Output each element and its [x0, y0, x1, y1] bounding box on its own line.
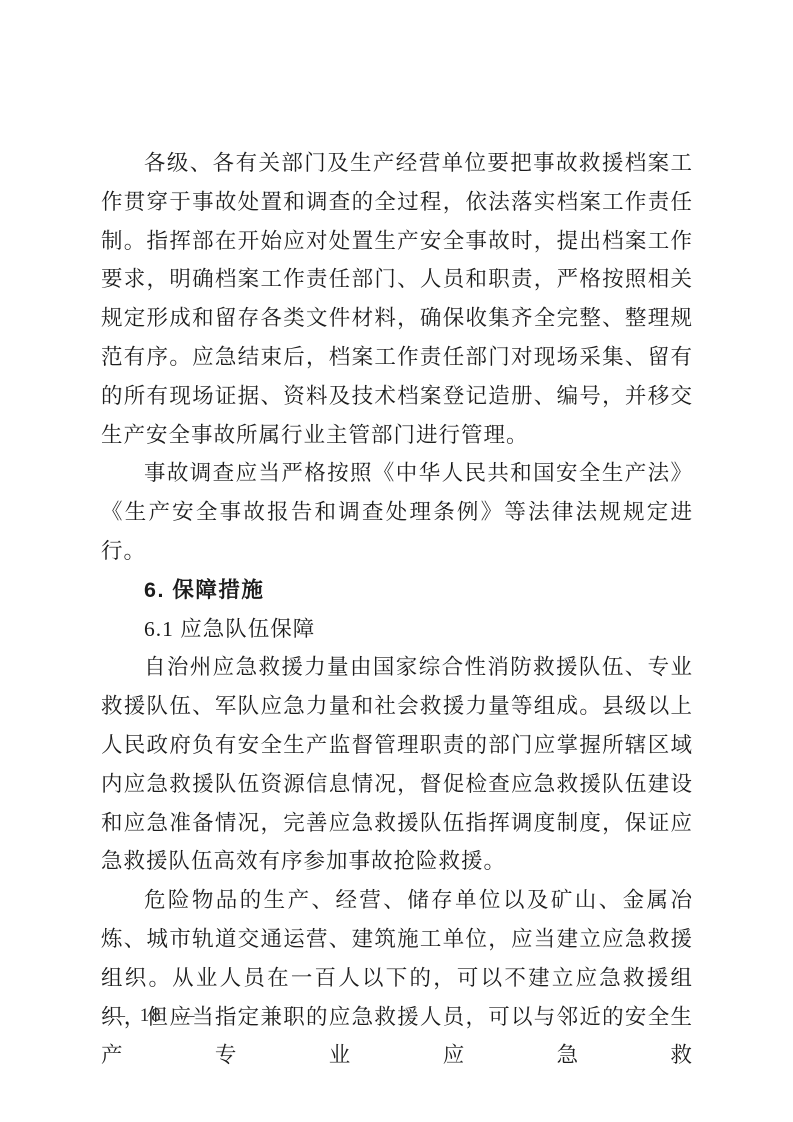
footer-dash-right: —	[170, 1005, 203, 1026]
paragraph: 各级、各有关部门及生产经营单位要把事故救援档案工作贯穿于事故处置和调查的全过程，…	[101, 144, 693, 454]
footer-dash-left: —	[100, 1005, 133, 1026]
paragraph: 自治州应急救援力量由国家综合性消防救援队伍、专业救援队伍、军队应急力量和社会救援…	[101, 648, 693, 881]
paragraph: 事故调查应当严格按照《中华人民共和国安全生产法》《生产安全事故报告和调查处理条例…	[101, 454, 693, 570]
page-number: 18	[140, 1005, 163, 1026]
subsection-heading: 6.1 应急队伍保障	[101, 610, 693, 649]
document-page: 各级、各有关部门及生产经营单位要把事故救援档案工作贯穿于事故处置和调查的全过程，…	[0, 0, 793, 1122]
document-body: 各级、各有关部门及生产经营单位要把事故救援档案工作贯穿于事故处置和调查的全过程，…	[101, 144, 693, 1075]
paragraph: 危险物品的生产、经营、储存单位以及矿山、金属冶炼、城市轨道交通运营、建筑施工单位…	[101, 881, 693, 1075]
page-footer: — 18 —	[100, 1001, 203, 1031]
section-heading: 6. 保障措施	[101, 571, 693, 610]
